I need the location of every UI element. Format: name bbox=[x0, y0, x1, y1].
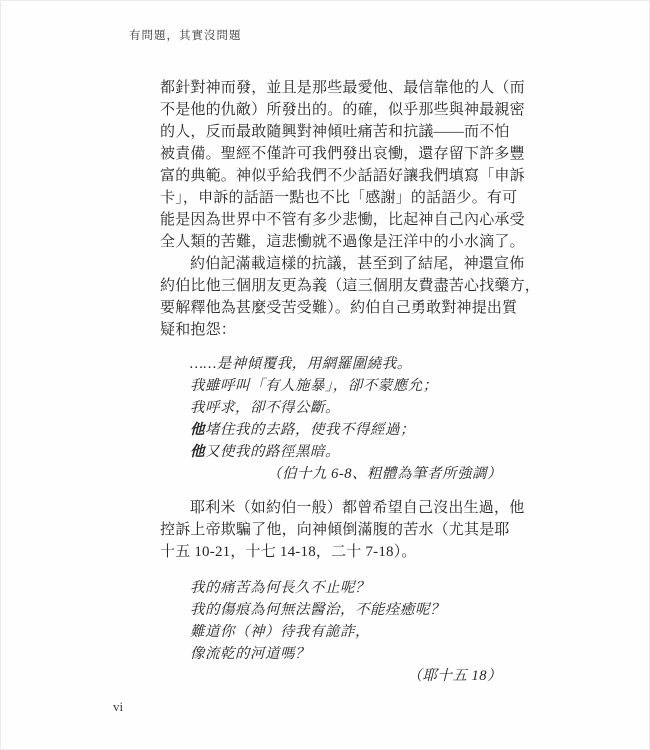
text-line: 不是他的仇敵）所發出的。的確，似乎那些與神最親密 bbox=[160, 99, 502, 121]
text-line: 約伯記滿載這樣的抗議，甚至到了結尾，神還宣佈 bbox=[160, 253, 502, 275]
text-line: 的人，反而最敢隨興對神傾吐痛苦和抗議——而不怕 bbox=[160, 121, 502, 143]
paragraph-2: 約伯記滿載這樣的抗議，甚至到了結尾，神還宣佈 約伯比他三個朋友更為義（這三個朋友… bbox=[160, 253, 502, 341]
quote-line: 我呼求，卻不得公斷。 bbox=[190, 397, 502, 419]
quote-line: 我雖呼叫「有人施暴」，卻不蒙應允； bbox=[190, 375, 502, 397]
quote-citation: （耶十五 18） bbox=[190, 665, 506, 687]
quote-citation: （伯十九 6-8、粗體為筆者所強調） bbox=[190, 463, 506, 485]
text-line: 約伯比他三個朋友更為義（這三個朋友費盡苦心找藥方， bbox=[160, 275, 502, 297]
emphasis-bold: 他 bbox=[190, 422, 205, 438]
text-line: 全人類的苦難，這悲慟就不過像是汪洋中的小水滴了。 bbox=[160, 231, 502, 253]
scripture-quote-jeremiah: 我的痛苦為何長久不止呢？ 我的傷痕為何無法醫治，不能痊癒呢？ 難道你（神）待我有… bbox=[190, 577, 502, 687]
text-line: 十五 10-21，十七 14-18，二十 7-18）。 bbox=[160, 541, 502, 563]
text-line: 要解釋他為甚麼受苦受難）。約伯自己勇敢對神提出質 bbox=[160, 297, 502, 319]
quote-line: 難道你（神）待我有詭詐， bbox=[190, 621, 502, 643]
paragraph-3: 耶利米（如約伯一般）都曾希望自己沒出生過，他 控訴上帝欺騙了他，向神傾倒滿腹的苦… bbox=[160, 497, 502, 563]
quote-text: 堵住我的去路，使我不得經過； bbox=[205, 422, 415, 438]
text-line: 能是因為世界中不管有多少悲慟，比起神自己內心承受 bbox=[160, 209, 502, 231]
running-head: 有問題，其實沒問題 bbox=[129, 27, 242, 43]
page-number: vi bbox=[113, 699, 123, 715]
book-page: 有問題，其實沒問題 都針對神而發，並且是那些最愛他、最信靠他的人（而 不是他的仇… bbox=[0, 0, 650, 750]
quote-line: 他又使我的路徑黑暗。 bbox=[190, 441, 502, 463]
quote-line: ……是神傾覆我，用網羅圍繞我。 bbox=[190, 353, 502, 375]
text-line: 被責備。聖經不僅許可我們發出哀慟，還存留下許多豐 bbox=[160, 143, 502, 165]
scripture-quote-job: ……是神傾覆我，用網羅圍繞我。 我雖呼叫「有人施暴」，卻不蒙應允； 我呼求，卻不… bbox=[190, 353, 502, 485]
quote-line: 我的傷痕為何無法醫治，不能痊癒呢？ bbox=[190, 599, 502, 621]
quote-text: 我呼求，卻不得公斷。 bbox=[190, 400, 340, 416]
quote-text: 又使我的路徑黑暗。 bbox=[205, 444, 340, 460]
quote-line: 我的痛苦為何長久不止呢？ bbox=[190, 577, 502, 599]
paragraph-1: 都針對神而發，並且是那些最愛他、最信靠他的人（而 不是他的仇敵）所發出的。的確，… bbox=[160, 77, 502, 253]
text-line: 富的典範。神似乎給我們不少話語好讓我們填寫「申訴 bbox=[160, 165, 502, 187]
text-line: 耶利米（如約伯一般）都曾希望自己沒出生過，他 bbox=[160, 497, 502, 519]
quote-line: 他堵住我的去路，使我不得經過； bbox=[190, 419, 502, 441]
quote-text: 我雖呼叫「有人施暴」，卻不蒙應允； bbox=[190, 378, 438, 394]
emphasis-bold: 他 bbox=[190, 444, 205, 460]
page-content: 都針對神而發，並且是那些最愛他、最信靠他的人（而 不是他的仇敵）所發出的。的確，… bbox=[160, 77, 502, 687]
text-line: 卡」，申訴的話語一點也不比「感謝」的話語少。有可 bbox=[160, 187, 502, 209]
text-line: 控訴上帝欺騙了他，向神傾倒滿腹的苦水（尤其是耶 bbox=[160, 519, 502, 541]
text-line: 疑和抱怨： bbox=[160, 319, 502, 341]
text-line: 都針對神而發，並且是那些最愛他、最信靠他的人（而 bbox=[160, 77, 502, 99]
quote-line: 像流乾的河道嗎？ bbox=[190, 643, 502, 665]
quote-text: ……是神傾覆我，用網羅圍繞我。 bbox=[190, 356, 412, 372]
